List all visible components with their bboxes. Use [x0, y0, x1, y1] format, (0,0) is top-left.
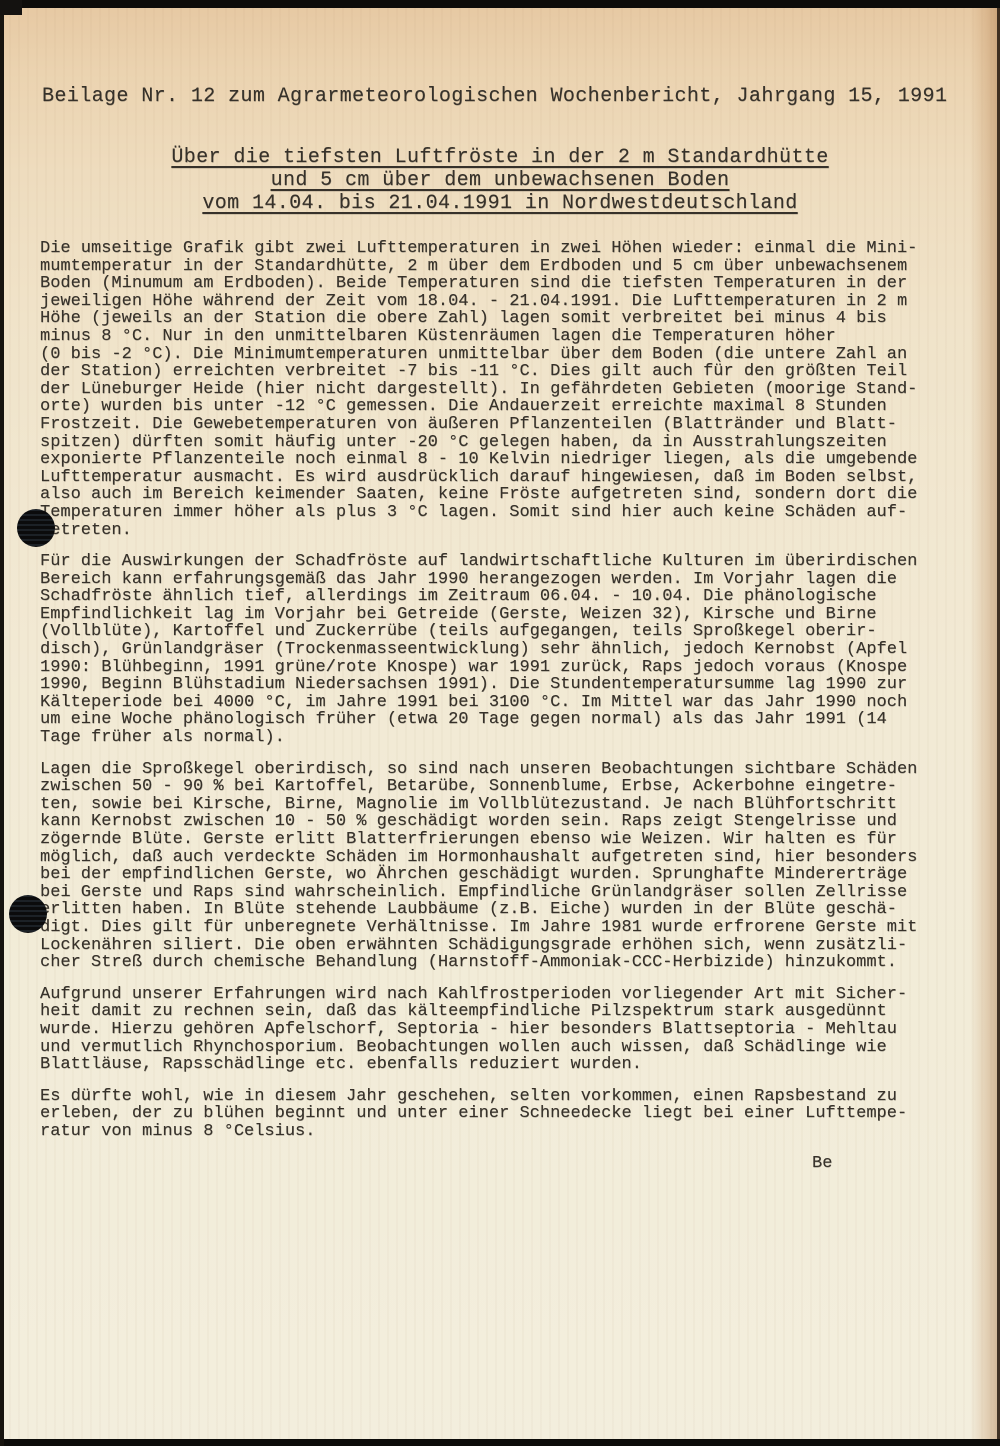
scan-corner-blot — [0, 0, 22, 15]
scanned-document-page: Beilage Nr. 12 zum Agrarmeteorologischen… — [0, 0, 1000, 1446]
scan-edge-top — [0, 0, 1000, 8]
document-body: Die umseitige Grafik gibt zwei Lufttempe… — [40, 240, 975, 1172]
paragraph-3: Lagen die Sproßkegel oberirdisch, so sin… — [40, 761, 975, 972]
scan-edge-right-shadow — [970, 0, 1000, 1446]
punch-hole-bottom — [9, 895, 47, 933]
title-line-2: und 5 cm über dem unbewachsenen Boden — [40, 169, 960, 192]
scan-edge-left — [0, 0, 4, 1446]
paragraph-5: Es dürfte wohl, wie in diesem Jahr gesch… — [40, 1088, 975, 1141]
document-header-line: Beilage Nr. 12 zum Agrarmeteorologischen… — [42, 85, 947, 108]
punch-hole-top — [17, 509, 55, 547]
title-line-1: Über die tiefsten Luftfröste in der 2 m … — [40, 146, 960, 169]
document-title: Über die tiefsten Luftfröste in der 2 m … — [40, 146, 960, 215]
paragraph-2: Für die Auswirkungen der Schadfröste auf… — [40, 553, 975, 747]
paragraph-4: Aufgrund unserer Erfahrungen wird nach K… — [40, 986, 975, 1074]
scan-edge-bottom — [0, 1439, 1000, 1446]
paragraph-1: Die umseitige Grafik gibt zwei Lufttempe… — [40, 240, 975, 539]
title-line-3: vom 14.04. bis 21.04.1991 in Nordwestdeu… — [40, 192, 960, 215]
author-initials: Be — [812, 1155, 975, 1173]
